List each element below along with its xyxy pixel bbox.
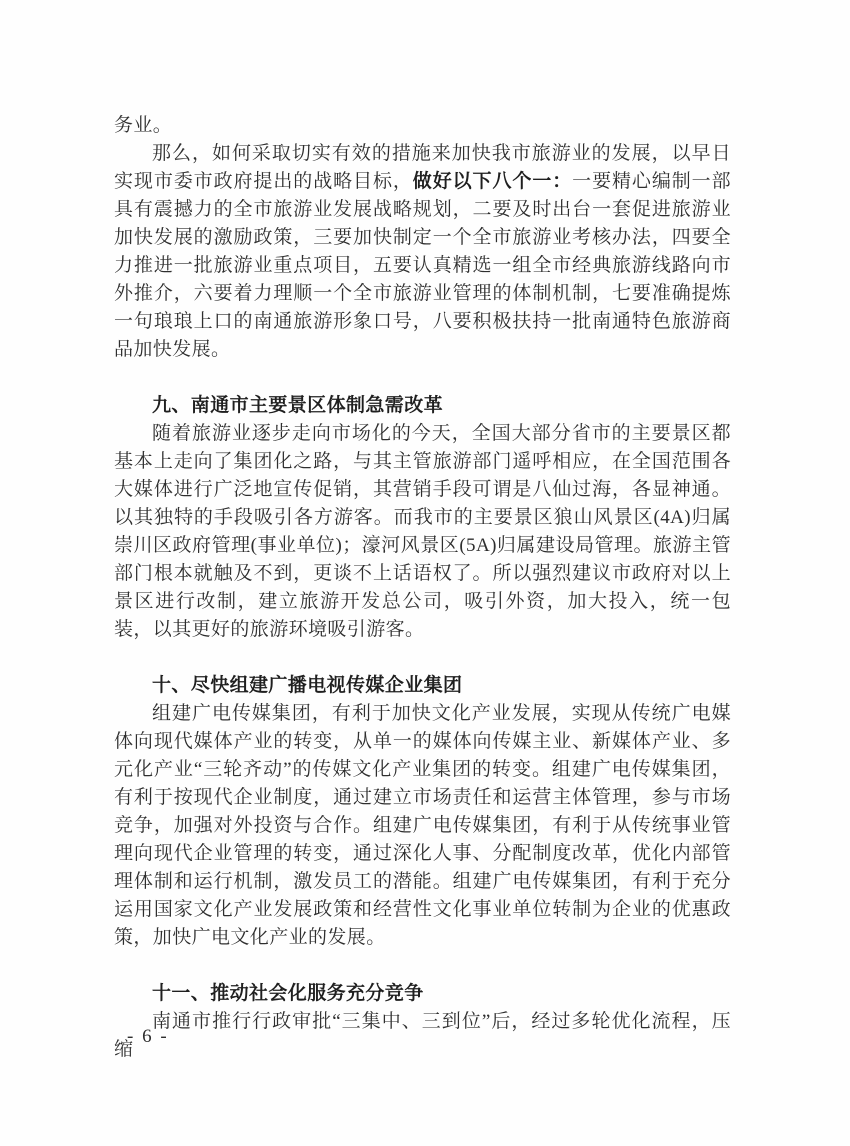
section-9-paragraph: 随着旅游业逐步走向市场化的今天，全国大部分省市的主要景区都基本上走向了集团化之路… (114, 420, 731, 644)
section-10-paragraph: 组建广电传媒集团，有利于加快文化产业发展，实现从传统广电媒体向现代媒体产业的转变… (114, 700, 731, 952)
paragraph-bold-phrase: 做好以下八个一： (413, 171, 572, 192)
section-heading-11: 十一、推动社会化服务充分竞争 (114, 980, 731, 1008)
text-content: 务业。 那么，如何采取切实有效的措施来加快我市旅游业的发展，以早日实现市委市政府… (114, 112, 731, 1064)
paragraph-text-after-bold: 一要精心编制一部具有震撼力的全市旅游业发展战略规划，二要及时出台一套促进旅游业加… (114, 171, 731, 360)
page-number: - 6 - (127, 1026, 169, 1048)
paragraph-eight-ones: 那么，如何采取切实有效的措施来加快我市旅游业的发展，以早日实现市委市政府提出的战… (114, 140, 731, 364)
section-heading-10: 十、尽快组建广播电视传媒企业集团 (114, 672, 731, 700)
paragraph-continuation: 务业。 (114, 112, 731, 140)
section-heading-9: 九、南通市主要景区体制急需改革 (114, 392, 731, 420)
document-page: 务业。 那么，如何采取切实有效的措施来加快我市旅游业的发展，以早日实现市委市政府… (0, 0, 850, 1146)
section-11-paragraph: 南通市推行行政审批“三集中、三到位”后，经过多轮优化流程，压缩 (114, 1008, 731, 1064)
